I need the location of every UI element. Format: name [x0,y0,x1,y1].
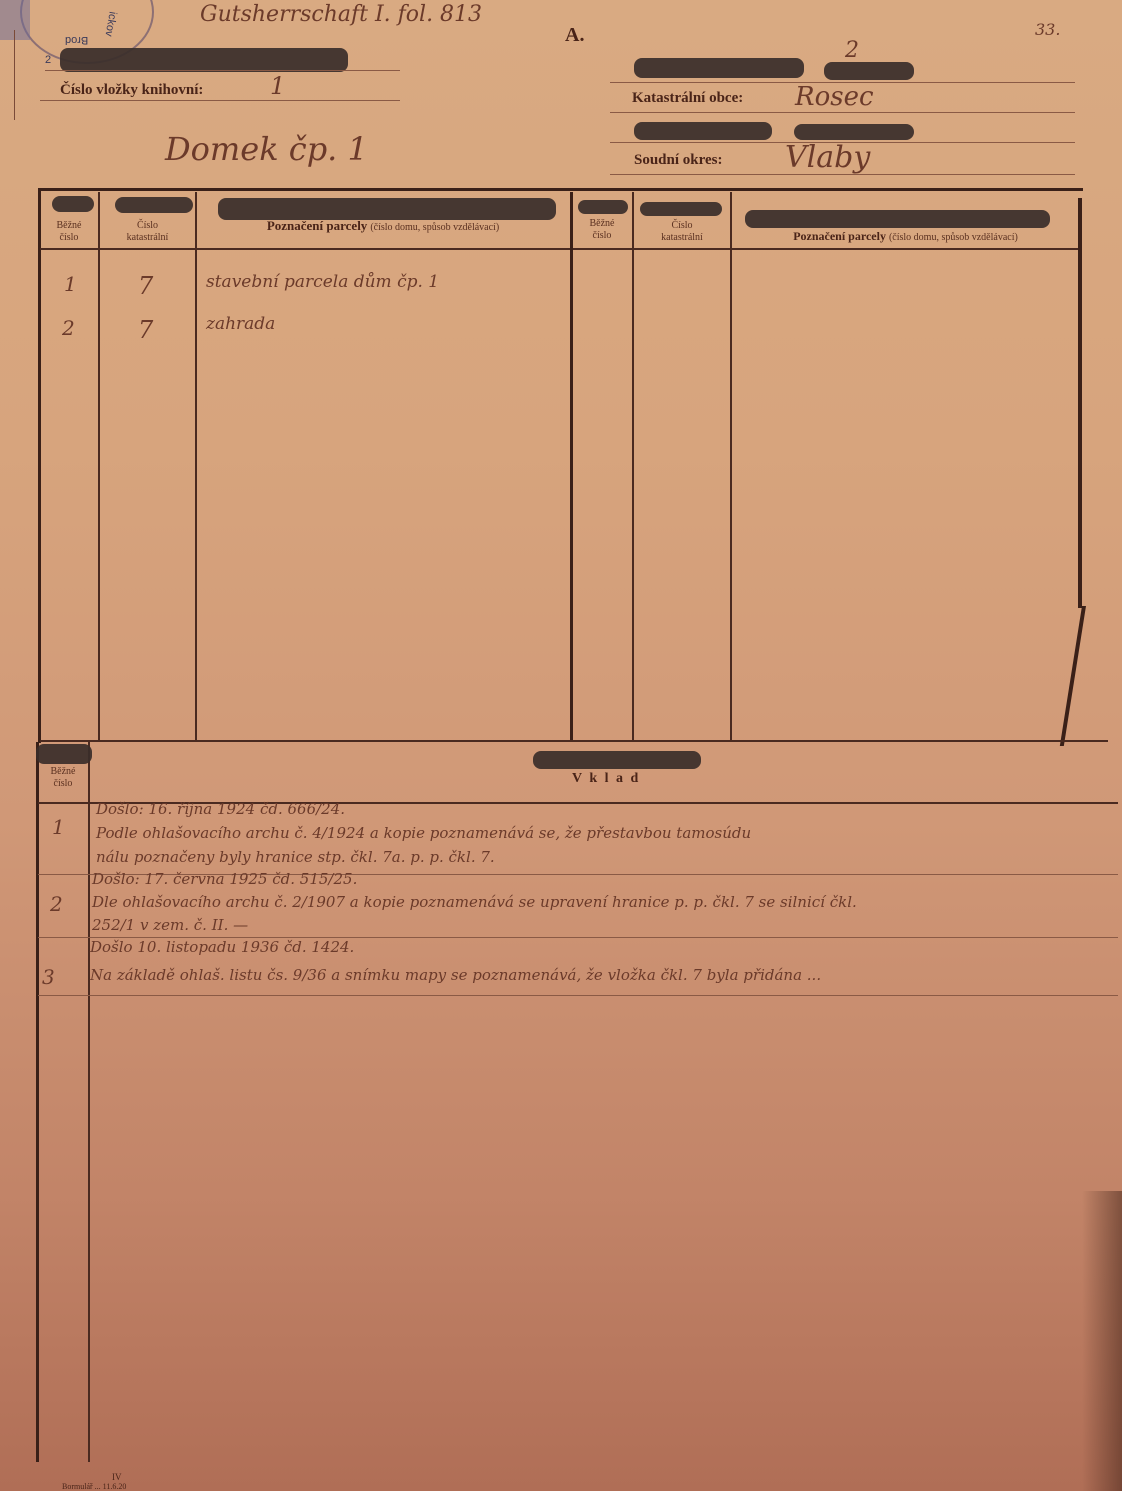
vklad-entry-2-line-2: Dle ohlašovacího archu č. 2/1907 a kopie… [92,893,857,911]
vklad-entry-3-num: 3 [42,965,55,989]
table-right-border-skew [1060,606,1086,746]
entry-separator [38,995,1118,996]
redaction-bar [52,196,94,212]
col-divider [632,192,634,740]
title-value: Domek čp. 1 [165,130,368,168]
parcel-row-1-poznaceni: stavební parcela dům čp. 1 [206,272,439,292]
soudni-label: Soudní okres: [634,152,723,169]
redaction-bar [533,751,701,769]
vklad-entry-1-num: 1 [52,815,65,839]
rule-line [610,112,1075,113]
col-header-bezne-cislo: Běžné číslo [40,220,98,244]
redaction-bar [634,122,772,140]
col-header-bezne-cislo-2: Běžné číslo [573,218,631,242]
rule-line [45,70,400,71]
table-right-border [1078,198,1082,608]
col-divider [195,192,197,740]
table-left-border [38,188,41,743]
table-top-border [38,188,1083,191]
col-divider-center [570,192,573,740]
katastralni-extra: 2 [845,38,859,63]
page-shadow [1082,1191,1122,1491]
vklad-entry-2-line-1: Došlo: 17. června 1925 čd. 515/25. [92,870,357,888]
stamp-ink-mark [0,0,30,40]
vlozka-value: 1 [270,72,285,100]
soudni-value: Vlaby [785,140,870,175]
margin-line [14,30,15,120]
vklad-entry-1-line-1: Došlo: 16. října 1924 čd. 666/24. [96,800,345,818]
vlozka-label: Číslo vložky knihovní: [60,82,203,99]
redaction-bar [578,200,628,214]
vklad-header-bezne-cislo: Běžné číslo [38,766,88,790]
col-divider [730,192,732,740]
redaction-bar [640,202,722,216]
rule-line [40,100,400,101]
vklad-entry-2-line-3: 252/1 v zem. č. II. — [92,916,248,934]
vklad-entry-3-line-1: Došlo 10. listopadu 1936 čd. 1424. [90,938,354,956]
col-header-poznaceni-parcely: Poznačení parcely (číslo domu, spůsob vz… [198,220,568,234]
col-divider [98,192,100,740]
redaction-bar [115,197,193,213]
col-header-cislo-katastralni-2: Číslo katastrální [634,220,730,244]
vklad-entry-2-num: 2 [50,892,63,916]
vklad-title: V k l a d [572,771,640,787]
redaction-bar [218,198,556,220]
top-note: Gutsherrschaft I. fol. 813 [200,2,482,27]
stamp-text: 2 [45,54,51,66]
redaction-bar [634,58,804,78]
vklad-left-border [36,742,39,1462]
redaction-bar [36,744,92,764]
redaction-bar [824,62,914,80]
parcel-row-2-katastralni: 7 [138,316,153,344]
rule-line [610,174,1075,175]
vklad-entry-1-line-2: Podle ohlašovacího archu č. 4/1924 a kop… [96,824,751,842]
table-bottom-border [40,740,1108,742]
parcel-row-2-poznaceni: zahrada [206,314,275,334]
vklad-entry-1-line-3: nálu poznačeny byly hranice stp. čkl. 7a… [96,848,495,866]
stamp-text: Brod [65,34,88,46]
col-header-cislo-katastralni: Číslo katastrální [100,220,195,244]
parcel-row-2-bezne: 2 [62,316,75,340]
redaction-bar [745,210,1050,228]
footer-text: Bormulář ... 11.6.20 [62,1482,126,1491]
redaction-bar [60,48,348,72]
katastralni-value: Rosec [795,82,874,112]
parcel-row-1-bezne: 1 [64,272,77,296]
parcel-row-1-katastralni: 7 [138,272,153,300]
footer-roman: IV [112,1472,122,1482]
katastralni-label: Katastrální obce: [632,90,743,107]
vklad-entry-3-line-2: Na základě ohlaš. listu čs. 9/36 a snímk… [90,966,821,984]
col-header-poznaceni-parcely-2: Poznačení parcely (číslo domu, spůsob vz… [733,230,1078,244]
redaction-bar [794,124,914,140]
vklad-col-divider [88,742,90,1462]
page-number: 33. [1035,20,1060,39]
sheet-letter: A. [565,24,584,47]
